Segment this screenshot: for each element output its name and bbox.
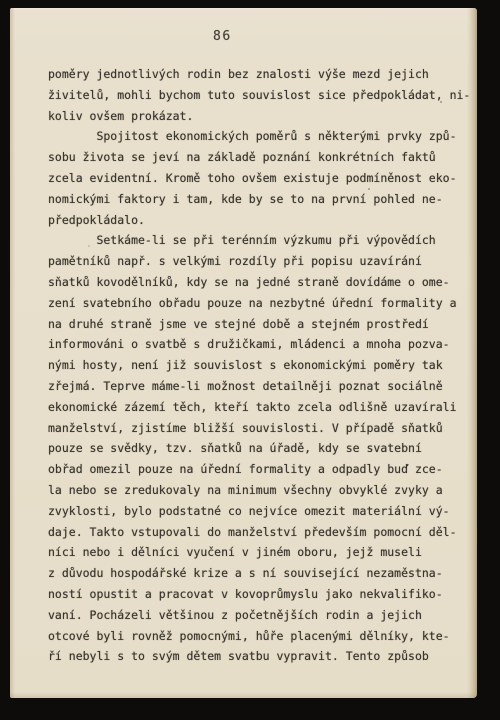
text-line: zvyklosti, bylo podstatné co nejvíce ome… — [48, 501, 470, 522]
page-number: 86 — [213, 29, 232, 44]
text-line: pamětníků např. s velkými rozdíly při po… — [48, 251, 470, 272]
paper-edge-shadow — [10, 692, 477, 698]
text-line: nými hosty, není již souvislost s ekonom… — [48, 355, 470, 376]
scan-speck — [368, 188, 370, 190]
text-line: poměry jednotlivých rodin bez znalosti v… — [48, 64, 470, 85]
text-line: ří nebyli s to svým dětem svatbu vypravi… — [48, 646, 470, 667]
page-text: poměry jednotlivých rodin bez znalosti v… — [48, 64, 470, 667]
text-line: předpokládalo. — [48, 210, 470, 231]
text-line: ekonomické zázemí těch, kteří takto zcel… — [48, 397, 470, 418]
text-line: nomickými faktory i tam, kde by se to na… — [48, 189, 470, 210]
scan-background: 86 poměry jednotlivých rodin bez znalost… — [0, 0, 500, 720]
paper-edge-shadow — [10, 8, 15, 698]
scan-speck — [88, 245, 90, 247]
text-line: daje. Takto vstupovali do manželství pře… — [48, 522, 470, 543]
text-line: sobu života se jeví na základě poznání k… — [48, 147, 470, 168]
text-line: sňatků kovodělníků, kdy se na jedné stra… — [48, 272, 470, 293]
text-line: živitelů, mohli bychom tuto souvislost s… — [48, 85, 470, 106]
text-line: manželství, zjistíme bližší souvislosti.… — [48, 418, 470, 439]
text-line: z důvodu hospodářské krize a s ní souvis… — [48, 563, 470, 584]
text-line: zřejmá. Teprve máme-li možnost detailněj… — [48, 376, 470, 397]
text-line: koliv ovšem prokázat. — [48, 106, 470, 127]
text-line: zení svatebního obřadu pouze na nezbytné… — [48, 293, 470, 314]
text-line: pouze se svědky, tzv. sňatků na úřadě, k… — [48, 438, 470, 459]
text-line: vaní. Pocházeli většinou z početnějších … — [48, 605, 470, 626]
text-line: Spojitost ekonomických poměrů s některým… — [48, 126, 470, 147]
paper-edge-shadow — [467, 8, 477, 698]
text-line: obřad omezil pouze na úřední formality a… — [48, 459, 470, 480]
page: 86 poměry jednotlivých rodin bez znalost… — [10, 8, 477, 698]
text-line: la nebo se zredukovaly na minimum všechn… — [48, 480, 470, 501]
text-line: zcela evidentní. Kromě toho ovšem existu… — [48, 168, 470, 189]
text-line: na druhé straně jsme ve stejné době a st… — [48, 314, 470, 335]
text-line: ností opustit a pracovat v kovoprůmyslu … — [48, 584, 470, 605]
text-line: níci nebo i dělníci vyučení v jiném obor… — [48, 542, 470, 563]
text-line: Setkáme-li se při terénním výzkumu při v… — [48, 230, 470, 251]
scan-speck — [440, 101, 442, 103]
text-line: informováni o svatbě s družičkami, mláde… — [48, 334, 470, 355]
text-line: otcové byli rovněž pomocnými, hůře place… — [48, 626, 470, 647]
